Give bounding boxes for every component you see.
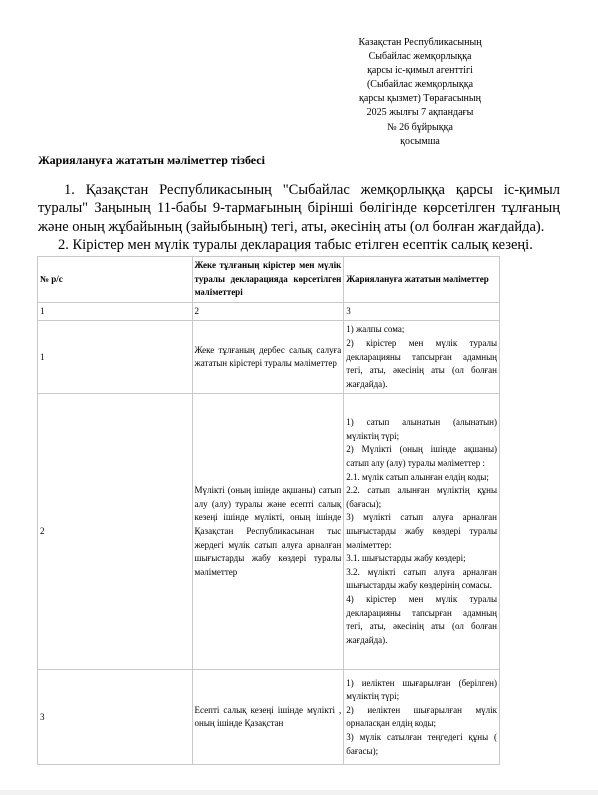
published-info-item: 2) иеліктен шығарылған мүлік орналасқан …: [346, 704, 497, 731]
published-info-item: 2) кірістер мен мүлік туралы декларациян…: [346, 337, 497, 391]
header-cell-number: № р/с: [38, 257, 193, 303]
approval-line: (Сыбайлас жемқорлыққа: [330, 78, 510, 92]
approval-line: № 26 бұйрыққа: [330, 121, 510, 135]
published-info-item: 3) мүлік сатылған теңгедегі құны ( бағас…: [346, 731, 497, 758]
approval-line: қарсы іс-қимыл агенттігі: [330, 64, 510, 78]
published-info-item: 1) иеліктен шығарылған (берілген) мүлікт…: [346, 677, 497, 704]
table-row: 3 Есепті салық кезеңі ішінде мүлікті , о…: [38, 670, 500, 765]
published-info-item: 2.2. сатып алынған мүліктің құны (бағасы…: [346, 484, 497, 511]
published-info-item: 3.1. шығыстарды жабу көздері;: [346, 552, 497, 566]
column-number: 3: [344, 302, 500, 321]
declared-info-cell: Мүлікті (оның ішінде ақшаны) сатып алу (…: [192, 394, 344, 670]
table-row: 2 Мүлікті (оның ішінде ақшаны) сатып алу…: [38, 394, 500, 670]
column-number: 1: [38, 302, 193, 321]
published-info-item: 2) Мүлікті (оның ішінде ақшаны) сатып ал…: [346, 443, 497, 470]
row-number: 3: [38, 670, 193, 765]
row-number: 2: [38, 394, 193, 670]
published-info-item: 3.2. мүлікті сатып алуға арналған шығыст…: [346, 566, 497, 593]
approval-line: Сыбайлас жемқорлыққа: [330, 50, 510, 64]
header-cell-published-info: Жариялануға жататын мәліметтер: [344, 257, 500, 303]
table-header-row: № р/с Жеке тұлғаның кірістер мен мүлік т…: [38, 257, 500, 303]
approval-block: Казақстан Республикасының Сыбайлас жемқо…: [330, 36, 510, 149]
viewer-bottom-edge: [0, 790, 598, 795]
approval-line: 2025 жылғы 7 ақпандағы: [330, 106, 510, 120]
paragraph-1: 1. Қазақстан Республикасының "Сыбайлас ж…: [38, 181, 560, 236]
column-number: 2: [192, 302, 344, 321]
published-info-item: 2.1. мүлік сатып алынған елдің коды;: [346, 471, 497, 485]
approval-line: қосымша: [330, 135, 510, 149]
document-title: Жариялануға жататын мәліметтер тізбесі: [38, 153, 265, 168]
header-cell-declared-info: Жеке тұлғаның кірістер мен мүлік туралы …: [192, 257, 344, 303]
published-info-cell: 1) иеліктен шығарылған (берілген) мүлікт…: [344, 670, 500, 765]
row-number: 1: [38, 321, 193, 394]
document-page: Казақстан Республикасының Сыбайлас жемқо…: [0, 0, 598, 790]
published-info-item: 1) сатып алынатын (алынатын) мүліктің тү…: [346, 416, 497, 443]
published-info-item: 4) кірістер мен мүлік туралы декларациян…: [346, 593, 497, 647]
published-info-cell: 1) сатып алынатын (алынатын) мүліктің тү…: [344, 394, 500, 670]
declared-info-cell: Есепті салық кезеңі ішінде мүлікті , оны…: [192, 670, 344, 765]
paragraph-2: 2. Кірістер мен мүлік туралы декларация …: [38, 236, 578, 254]
published-info-item: 1) жалпы сома;: [346, 323, 497, 337]
table-row: 1 Жеке тұлғаның дербес салық салуға жата…: [38, 321, 500, 394]
declared-info-cell: Жеке тұлғаның дербес салық салуға жататы…: [192, 321, 344, 394]
declaration-table: № р/с Жеке тұлғаның кірістер мен мүлік т…: [37, 256, 500, 765]
approval-line: Казақстан Республикасының: [330, 36, 510, 50]
published-info-item: 3) мүлікті сатып алуға арналған шығыстар…: [346, 511, 497, 552]
approval-line: қарсы қызмет) Төрағасының: [330, 92, 510, 106]
published-info-cell: 1) жалпы сома; 2) кірістер мен мүлік тур…: [344, 321, 500, 394]
column-number-row: 1 2 3: [38, 302, 500, 321]
